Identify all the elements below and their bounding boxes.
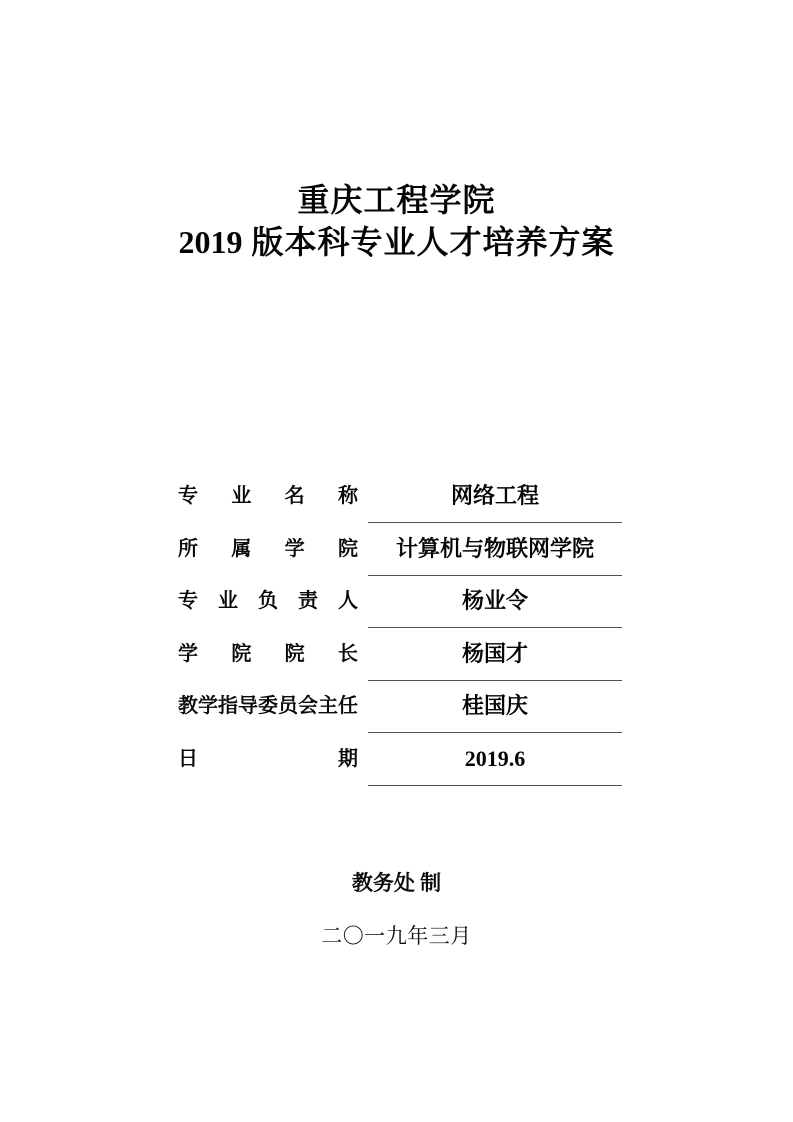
form-row: 教学指导委员会主任 桂国庆 — [178, 692, 622, 733]
form-field-label: 所属学院 — [178, 535, 358, 563]
form-row: 所属学院 计算机与物联网学院 — [178, 535, 622, 576]
form-field-value: 杨业令 — [368, 587, 622, 628]
form-row: 日期 2019.6 — [178, 745, 622, 786]
form-field-label: 日期 — [178, 745, 358, 773]
cover-form: 专业名称 网络工程 所属学院 计算机与物联网学院 专业负责人 杨业令 学院院长 … — [178, 482, 622, 786]
form-row: 专业名称 网络工程 — [178, 482, 622, 523]
form-row: 学院院长 杨国才 — [178, 640, 622, 681]
title-year: 2019 — [178, 224, 242, 260]
document-title: 2019版本科专业人才培养方案 — [0, 221, 793, 263]
document-page: 重庆工程学院 2019版本科专业人才培养方案 专业名称 网络工程 所属学院 计算… — [0, 0, 793, 1122]
issue-date-line: 二〇一九年三月 — [0, 924, 793, 948]
footer-block: 教务处 制 二〇一九年三月 — [0, 871, 793, 951]
form-field-value: 2019.6 — [368, 745, 622, 786]
form-field-label: 专业负责人 — [178, 587, 358, 615]
form-field-value: 桂国庆 — [368, 692, 622, 733]
title-main-text: 版本科专业人才培养方案 — [251, 224, 614, 260]
form-field-label: 教学指导委员会主任 — [178, 692, 358, 720]
issuer-line: 教务处 制 — [0, 871, 793, 895]
form-field-label: 学院院长 — [178, 640, 358, 668]
school-name-title: 重庆工程学院 — [0, 179, 793, 221]
form-field-label: 专业名称 — [178, 482, 358, 510]
form-field-value: 计算机与物联网学院 — [368, 535, 622, 576]
form-field-value: 网络工程 — [368, 482, 622, 523]
form-field-value: 杨国才 — [368, 640, 622, 681]
form-row: 专业负责人 杨业令 — [178, 587, 622, 628]
title-block: 重庆工程学院 2019版本科专业人才培养方案 — [0, 179, 793, 263]
